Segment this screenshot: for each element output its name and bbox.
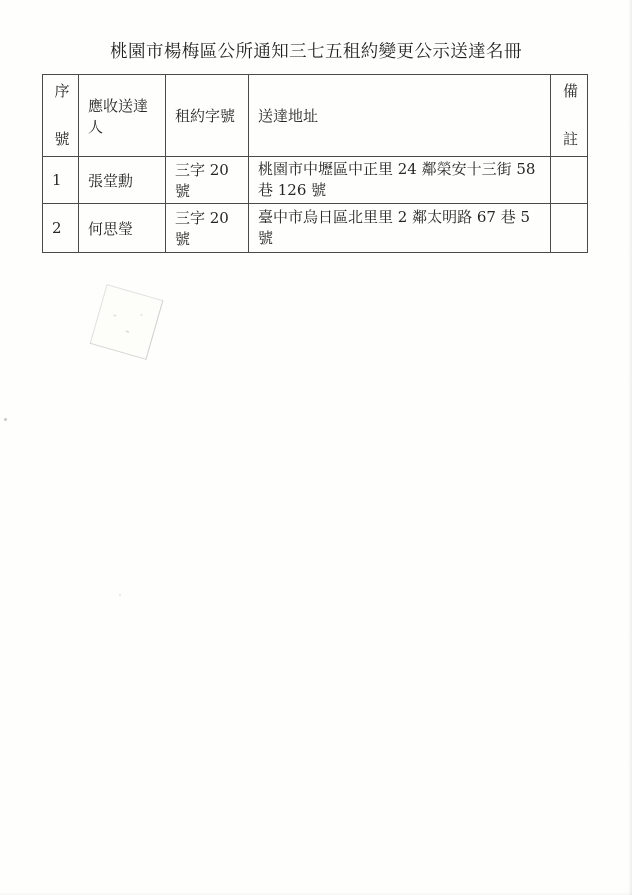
cell-serial: 1: [43, 157, 79, 204]
scan-fleck: [140, 314, 142, 316]
header-serial-char-top: 序: [54, 84, 69, 99]
cell-delivery-address: 臺中市烏日區北里里 2 鄰太明路 67 巷 5 號: [249, 204, 551, 253]
header-delivery-address: 送達地址: [249, 75, 551, 157]
cell-delivery-address: 桃園市中壢區中正里 24 鄰榮安十三街 58 巷 126 號: [249, 157, 551, 204]
scan-speck: [119, 594, 121, 596]
header-serial-char-bottom: 號: [54, 132, 69, 147]
cell-remarks: [551, 204, 588, 253]
header-recipient: 應收送達人: [79, 75, 166, 157]
delivery-roster-table: 序 號 應收送達人 租約字號 送達地址 備 註 1 張堂勳 三字 20 號: [42, 74, 588, 253]
cell-lease-number: 三字 20 號: [166, 204, 249, 253]
cell-recipient: 張堂勳: [79, 157, 166, 204]
header-remarks: 備 註: [551, 75, 588, 157]
scan-speck: [4, 418, 7, 421]
scan-edge-artifact: [628, 0, 632, 895]
cell-serial: 2: [43, 204, 79, 253]
document-title: 桃園市楊梅區公所通知三七五租約變更公示送達名冊: [0, 38, 632, 63]
header-remarks-char-bottom: 註: [563, 132, 578, 147]
scanned-document-page: 桃園市楊梅區公所通知三七五租約變更公示送達名冊 序 號 應收送達人 租約字號 送…: [0, 0, 632, 895]
faded-stamp-mark: [90, 284, 164, 360]
header-serial-number: 序 號: [43, 75, 79, 157]
table-row: 2 何思瑩 三字 20 號 臺中市烏日區北里里 2 鄰太明路 67 巷 5 號: [43, 204, 588, 253]
table-row: 1 張堂勳 三字 20 號 桃園市中壢區中正里 24 鄰榮安十三街 58 巷 1…: [43, 157, 588, 204]
header-lease-number: 租約字號: [166, 75, 249, 157]
cell-remarks: [551, 157, 588, 204]
scan-fleck: [125, 330, 129, 333]
scan-fleck: [113, 314, 116, 317]
header-remarks-char-top: 備: [563, 84, 578, 99]
cell-recipient: 何思瑩: [79, 204, 166, 253]
cell-lease-number: 三字 20 號: [166, 157, 249, 204]
table-header-row: 序 號 應收送達人 租約字號 送達地址 備 註: [43, 75, 588, 157]
